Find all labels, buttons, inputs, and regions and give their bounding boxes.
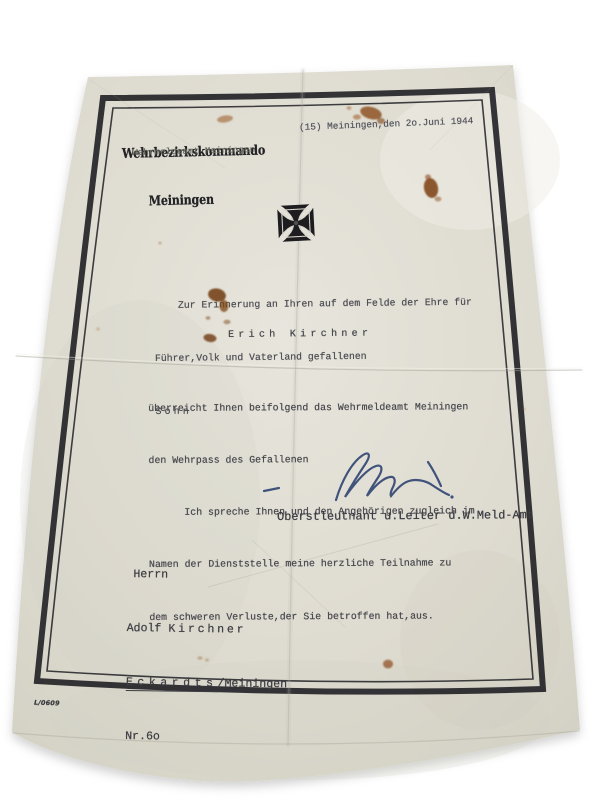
recipient-name: Adolf Kirchner [126,620,287,640]
recipient-locality-line: Eckardts/Meiningen [126,674,287,694]
body-line: den Wehrpass des Gefallenen [148,450,474,469]
recipient-last-name: Kirchner [168,623,246,637]
body-line: überreicht Ihnen beifolgend das Wehrmeld… [148,398,474,417]
letterhead-command: Wehrbezirkskommando Meiningen [121,111,241,242]
recipient-first-name: Adolf [127,622,162,635]
recipient-salutation: Herrn [133,566,288,586]
recipient-locality: Eckardts [126,676,218,692]
command-name-line2: Meiningen [123,191,240,210]
body-line: Zur Erinnerung an Ihren auf dem Felde de… [154,294,472,315]
recipient-house-number: Nr.6o [125,728,286,748]
fallen-soldier-name: Erich Kirchner [228,328,372,341]
recipient-locality-suffix: /Meiningen [217,677,287,691]
photograph-of-document: Wehrbezirkskommando Meiningen Wehrmeldea… [0,0,600,800]
form-code: L/0609 [34,699,60,708]
recipient-address: Herrn Adolf Kirchner Eckardts/Meiningen … [124,530,289,784]
signer-title: Oberstleutnant u.Leiter d.W.Meld-Amt [277,508,534,524]
